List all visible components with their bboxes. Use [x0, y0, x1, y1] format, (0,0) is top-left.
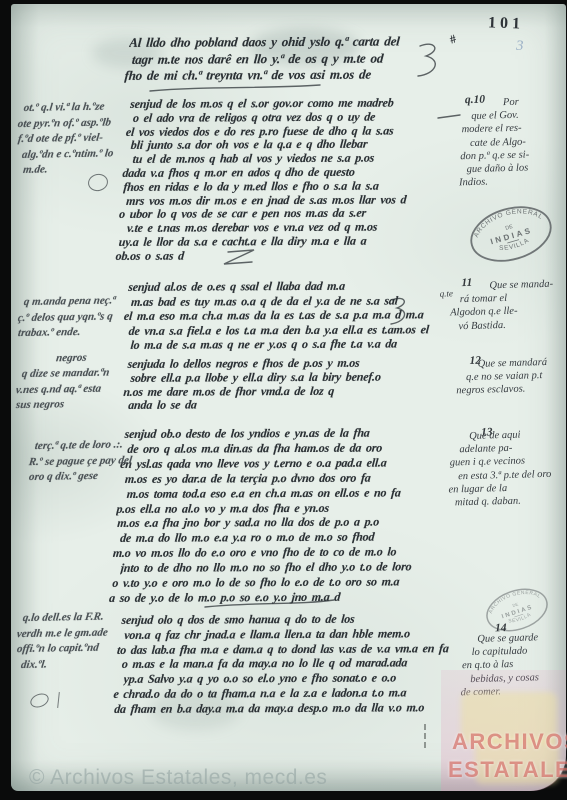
- note-line: trabax.º ende.: [17, 324, 137, 342]
- note-line: vó Bastida.: [458, 317, 562, 333]
- note-mark-11: q.te: [440, 287, 454, 301]
- left-margin-note-c: q dize se mandar.ªnv.nes q.nd aq.ª estas…: [17, 365, 141, 414]
- manuscript-page: # 101 3 Al lldo dho pobland daos y ohid …: [0, 0, 567, 800]
- manuscript-line: da fham en b.a day.a m.a da may.a desp.o…: [114, 700, 459, 717]
- manuscript-line: to das lab.a fha m.a e dam.a q to dond l…: [117, 641, 464, 658]
- brand-watermark-line2: ESTATALES: [448, 757, 567, 783]
- margin-doodle-tick: [57, 692, 60, 708]
- manuscript-line: a so de y.o de lo m.o p.o so e.o y.o jno…: [109, 589, 456, 606]
- note-number-12: 12: [469, 355, 481, 368]
- brand-watermark-line1: ARCHIVOS: [452, 729, 567, 755]
- left-margin-note-e: q.lo dell.es la F.R.verdh m.e le gm.adeo…: [16, 609, 142, 673]
- paragraph-chapter-12: senjuda lo dellos negros e fhos de p.os …: [124, 356, 465, 413]
- left-margin-note-b: q m.anda pena neç.ªç.º delos qua yqn.ºs …: [19, 293, 141, 342]
- note-number-13: 13: [481, 426, 493, 439]
- manuscript-line: de vn.a s.a fiel.a e los t.a m.a den b.a…: [128, 322, 461, 338]
- note-lines: Que de aquiadelante pa-guen i q.e vecino…: [445, 427, 567, 509]
- margin-doodle-circle: [28, 691, 50, 710]
- note-line: sus negros: [15, 396, 137, 414]
- paragraph-chapter-11: senjud al.os de o.es q ssal el llaba dad…: [123, 278, 465, 353]
- note-line: mitad q. daban.: [455, 493, 567, 509]
- right-margin-note-10: q.10 Porque el Gov.modere el res-cate de…: [457, 95, 563, 190]
- note-line: oro q dix.º gese: [28, 468, 150, 486]
- manuscript-line: jnto to de dho no llo m.o no so fho el d…: [120, 559, 458, 576]
- note-line: Que se manda-: [489, 277, 561, 292]
- right-margin-note-13: 13 Que de aquiadelante pa-guen i q.e vec…: [445, 427, 567, 509]
- note-number-14: 14: [495, 622, 507, 635]
- manuscript-line: ob.os o s.as d: [115, 248, 458, 264]
- secondary-number: 3: [516, 38, 524, 55]
- manuscript-line: anda lo se da: [128, 398, 461, 414]
- note-number-10: q.10: [465, 94, 485, 108]
- note-lines: Que se mandaráq.e no se vaian p.tnegros …: [452, 356, 565, 399]
- manuscript-line: Al lldo dho pobland daos y ohid yslo q.ª…: [129, 33, 465, 51]
- note-line: m.de.: [22, 161, 129, 178]
- paragraph-opening: Al lldo dho pobland daos y ohid yslo q.ª…: [126, 33, 464, 84]
- left-margin-label-negros: negros: [55, 351, 88, 367]
- note-line: en esta 3.ª p.te del oro: [458, 467, 566, 483]
- manuscript-line: fho de mi ch.ª treynta vn.ª de vos asi m…: [124, 66, 462, 84]
- manuscript-line: tagr m.te nos darê en llo y.ª de os q y …: [131, 50, 463, 68]
- paragraph-chapter-13: senjud ob.o desto de los yndios e yn.as …: [111, 425, 470, 606]
- paragraph-chapter-10: senjud de los m.os q el s.or gov.or como…: [117, 96, 471, 263]
- note-line: dix.ºl.: [20, 655, 136, 672]
- copyright-watermark: © Archivos Estatales, mecd.es: [29, 766, 327, 790]
- right-margin-note-11: 11 q.te Que se manda-rá tomar elAlgodon …: [445, 277, 562, 333]
- note-line: Indios.: [459, 174, 563, 190]
- note-lines: Porque el Gov.modere el res-cate de Algo…: [457, 95, 563, 190]
- left-margin-note-a: ot.º q.l vi.ª la h.ºzeote pyr.ºn of.º as…: [15, 99, 137, 178]
- note-number-11: 11: [461, 277, 472, 290]
- dashed-mark: [424, 724, 426, 748]
- paragraph-chapter-14: senjud olo q dos de smo hanua q do to de…: [114, 611, 467, 716]
- right-margin-note-12: 12 Que se mandaráq.e no se vaian p.tnegr…: [452, 356, 565, 399]
- folio-number: 101: [488, 14, 525, 33]
- manuscript-line: el m.a eso m.a ch.a m.as da la es t.as d…: [123, 307, 462, 323]
- manuscript-line: lo m.a de s.a m.as q ne er y.os q o s.a …: [130, 336, 460, 352]
- note-line: negros esclavos.: [456, 382, 564, 398]
- left-margin-note-d: terç.ª q.te de loro .:.R.º se pague çe p…: [30, 437, 154, 486]
